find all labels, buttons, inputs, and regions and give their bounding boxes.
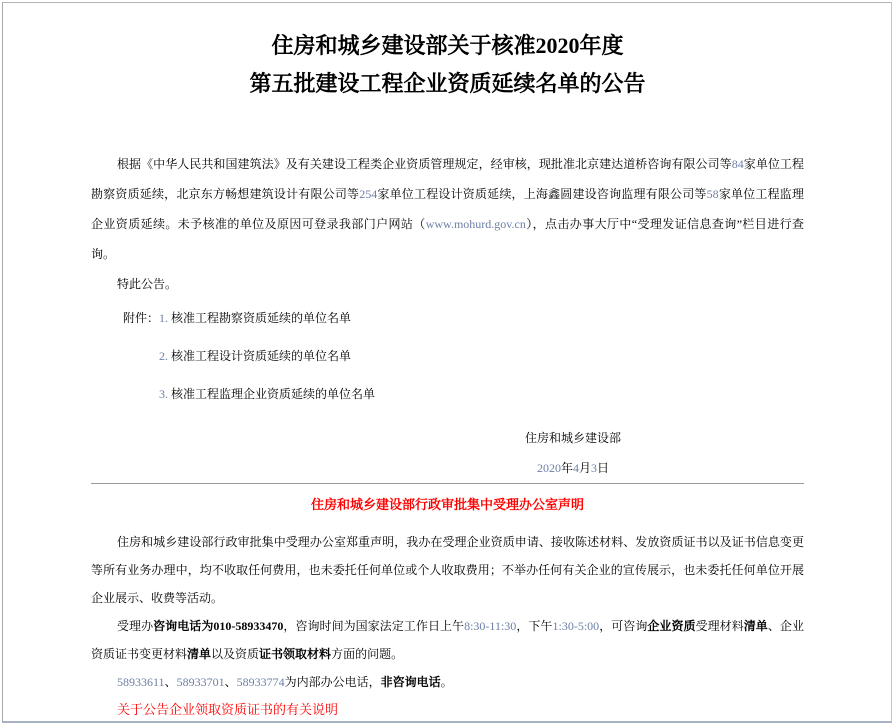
attachments-block: 附件： 1. 核准工程勘察资质延续的单位名单 2. 核准工程设计资质延续的单位名… xyxy=(123,299,804,413)
morning-hours: 8:30-11:30 xyxy=(464,619,516,633)
attachment-item-2: 2. 核准工程设计资质延续的单位名单 xyxy=(159,337,804,375)
statement-paragraph: 住房和城乡建设部行政审批集中受理办公室郑重声明，我办在受理企业资质申请、接收陈述… xyxy=(91,528,804,612)
internal-phone-2: 58933701 xyxy=(177,675,225,689)
consult-phone-number: 010-58933470 xyxy=(213,619,283,633)
page-title: 住房和城乡建设部关于核准2020年度 第五批建设工程企业资质延续名单的公告 xyxy=(91,27,804,103)
approved-count-supervision: 58 xyxy=(707,187,719,201)
approved-count-survey: 84 xyxy=(732,157,744,171)
signature-date: 2020年4月3日 xyxy=(525,453,621,483)
attachment-item-3: 3. 核准工程监理企业资质延续的单位名单 xyxy=(159,375,804,413)
signature-block: 住房和城乡建设部 2020年4月3日 xyxy=(525,423,621,483)
document-page: 住房和城乡建设部关于核准2020年度 第五批建设工程企业资质延续名单的公告 根据… xyxy=(0,0,894,725)
approved-count-design: 254 xyxy=(359,187,377,201)
section-divider xyxy=(91,483,804,484)
attachments-label: 附件： xyxy=(123,299,159,413)
internal-phone-line: 58933611、58933701、58933774为内部办公电话，非咨询电话。 xyxy=(91,668,804,696)
afternoon-hours: 1:30-5:00 xyxy=(552,619,599,633)
signature-org: 住房和城乡建设部 xyxy=(525,423,621,453)
phone-paragraph: 受理办咨询电话为010-58933470，咨询时间为国家法定工作日上午8:30-… xyxy=(91,612,804,668)
statement-heading: 住房和城乡建设部行政审批集中受理办公室声明 xyxy=(91,497,804,513)
attachments-list: 1. 核准工程勘察资质延续的单位名单 2. 核准工程设计资质延续的单位名单 3.… xyxy=(159,299,804,413)
announcement-paragraph: 根据《中华人民共和国建筑法》及有关建设工程类企业资质管理规定，经审核，现批准北京… xyxy=(91,149,804,269)
attachment-item-1: 1. 核准工程勘察资质延续的单位名单 xyxy=(159,299,804,337)
internal-phone-3: 58933774 xyxy=(237,675,285,689)
page-title-line2: 第五批建设工程企业资质延续名单的公告 xyxy=(91,65,804,103)
page-title-line1: 住房和城乡建设部关于核准2020年度 xyxy=(91,27,804,65)
closing-line: 特此公告。 xyxy=(91,269,804,299)
certificate-note: 关于公告企业领取资质证书的有关说明 xyxy=(91,696,804,723)
internal-phone-1: 58933611 xyxy=(117,675,165,689)
ministry-website-url: www.mohurd.gov.cn xyxy=(426,217,526,231)
document-frame: 住房和城乡建设部关于核准2020年度 第五批建设工程企业资质延续名单的公告 根据… xyxy=(2,2,892,723)
